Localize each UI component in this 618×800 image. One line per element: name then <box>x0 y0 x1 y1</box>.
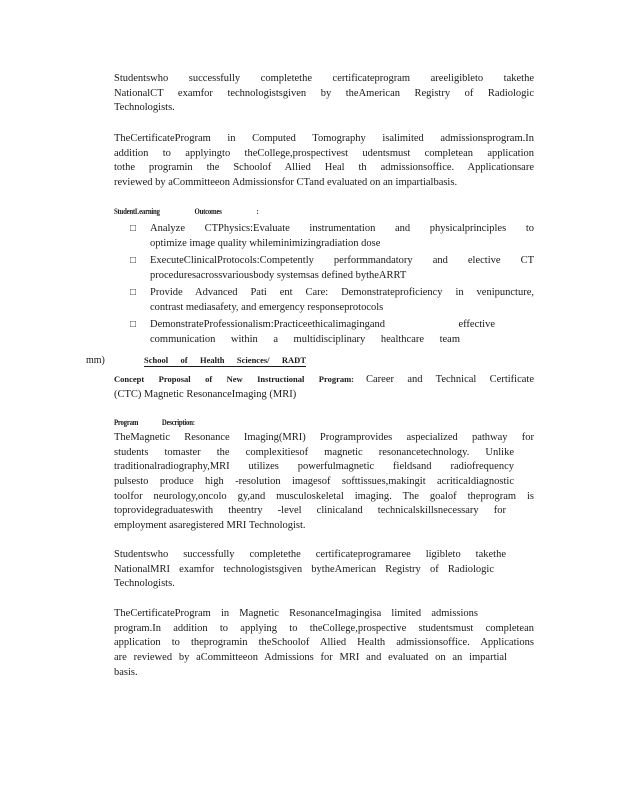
concept-label: Concept Proposal of New Instructional Pr… <box>114 372 354 387</box>
description-heading: Program Description: <box>114 418 195 427</box>
text-line: employment asaregistered MRI Technologis… <box>114 519 534 534</box>
text-line: Studentswho successfully completethe cer… <box>114 72 534 87</box>
text-line: communication within a multidisciplinary… <box>150 332 460 347</box>
text-line: (CTC) Magnetic ResonanceImaging (MRI) <box>114 387 314 402</box>
checkbox-bullet-icon: □ <box>130 317 136 332</box>
ct-admissions-paragraph: TheCertificateProgram in Computed Tomogr… <box>114 132 534 191</box>
concept-value: Career and Technical Certificate <box>366 372 534 387</box>
text-line: toolfor neurology,oncolo gy,and musculos… <box>114 490 534 505</box>
checkbox-bullet-icon: □ <box>130 285 136 300</box>
text-line: Technologists. <box>114 577 534 592</box>
text-line: Provide Advanced Pati ent Care: Demonstr… <box>150 285 534 300</box>
checkbox-bullet-icon: □ <box>130 253 136 268</box>
text-line: Analyze CTPhysics:Evaluate instrumentati… <box>150 221 534 236</box>
text-line: proceduresacrossvariousbody systemsas de… <box>150 268 534 283</box>
text-line: DemonstrateProfessionalism:Practiceethic… <box>150 317 495 332</box>
text-line: are reviewed by aCommitteeon Admissions … <box>114 651 507 666</box>
text-line: basis. <box>114 666 534 681</box>
mri-description-paragraph: TheMagnetic Resonance Imaging(MRI) Progr… <box>114 431 534 534</box>
document-page: Studentswho successfully completethe cer… <box>0 0 618 800</box>
mri-eligibility-paragraph: Studentswho successfully completethe cer… <box>114 548 534 592</box>
text-line: tothe programin the Schoolof Allied Heal… <box>114 161 534 176</box>
text-line: Studentswho successfully completethe cer… <box>114 548 506 563</box>
text-line: Technologists. <box>114 101 534 116</box>
outcomes-list: □ Analyze CTPhysics:Evaluate instrumenta… <box>130 221 534 349</box>
list-item: □ Provide Advanced Pati ent Care: Demons… <box>130 285 534 315</box>
outcomes-heading: StudentLearning Outcomes : <box>114 207 259 216</box>
text-line: addition to applyingto theCollege,prospe… <box>114 147 534 162</box>
text-line: contrast mediasafety, and emergency resp… <box>150 300 534 315</box>
text-line: Concept Proposal of New Instructional Pr… <box>114 372 534 387</box>
list-item: □ Analyze CTPhysics:Evaluate instrumenta… <box>130 221 534 251</box>
text-line: NationalCT examfor technologistsgiven by… <box>114 87 534 102</box>
text-line: application to theprogramin theSchoolof … <box>114 636 534 651</box>
ct-eligibility-paragraph: Studentswho successfully completethe cer… <box>114 72 534 116</box>
concept-proposal: Concept Proposal of New Instructional Pr… <box>114 372 534 401</box>
text-line: NationalMRI examfor technologistsgiven b… <box>114 563 494 578</box>
text-line: traditionalradiography,MRI utilizes powe… <box>114 460 514 475</box>
mri-admissions-paragraph: TheCertificateProgram in Magnetic Resona… <box>114 607 534 680</box>
text-line: reviewed by aCommitteeon Admissionsfor C… <box>114 176 534 191</box>
checkbox-bullet-icon: □ <box>130 221 136 236</box>
text-line: TheCertificateProgram in Computed Tomogr… <box>114 132 534 147</box>
text-line: pulsesto produce high -resolution images… <box>114 475 514 490</box>
cropped-text-fragment: mm) <box>86 355 105 366</box>
text-line: ExecuteClinicalProtocols:Competently per… <box>150 253 534 268</box>
text-line: students tomaster the complexitiesof mag… <box>114 446 514 461</box>
list-item: □ DemonstrateProfessionalism:Practiceeth… <box>130 317 534 347</box>
text-line: optimize image quality whileminimizingra… <box>150 236 534 251</box>
text-line: TheCertificateProgram in Magnetic Resona… <box>114 607 478 622</box>
list-item: □ ExecuteClinicalProtocols:Competently p… <box>130 253 534 283</box>
text-line: TheMagnetic Resonance Imaging(MRI) Progr… <box>114 431 534 446</box>
text-line: program.In addition to applying to theCo… <box>114 622 534 637</box>
text-line: toprovidegraduateswith theentry -level c… <box>114 504 506 519</box>
school-header: School of Health Sciences/ RADT <box>144 355 306 367</box>
